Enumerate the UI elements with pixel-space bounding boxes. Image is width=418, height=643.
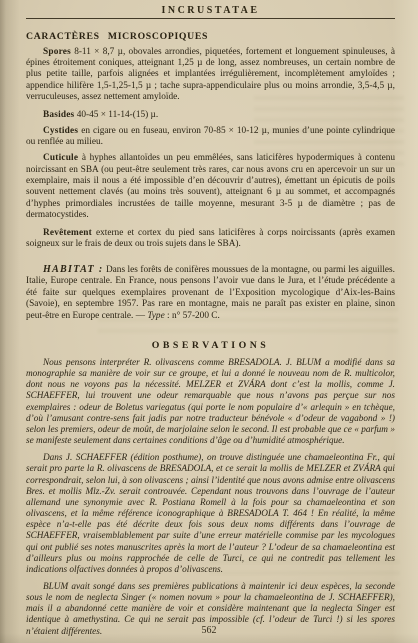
section-heading-observations: OBSERVATIONS bbox=[26, 340, 395, 351]
habitat-type-label: Type bbox=[147, 311, 164, 321]
observations-paragraph-1: Nous pensons interpréter R. olivascens c… bbox=[26, 358, 395, 447]
paragraph-text-cuticule: à hyphes allantoïdes un peu emmêlées, sa… bbox=[26, 153, 395, 220]
paragraph-cystides: Cystides en cigare ou en fuseau, environ… bbox=[26, 126, 395, 149]
paragraph-lead-revetement: Revêtement bbox=[43, 228, 92, 238]
scanned-book-page: INCRUSTATAE CARACTÈRES MICROSCOPIQUES Sp… bbox=[0, 0, 418, 643]
page-content: INCRUSTATAE CARACTÈRES MICROSCOPIQUES Sp… bbox=[0, 0, 418, 638]
paragraph-basides: Basides 40-45 × 11-14-(15) µ. bbox=[26, 110, 395, 121]
paragraph-text-cystides: en cigare ou en fuseau, environ 70-85 × … bbox=[26, 126, 395, 147]
paragraph-lead-basides: Basides bbox=[43, 110, 74, 120]
paragraph-lead-cystides: Cystides bbox=[43, 126, 78, 136]
habitat-lead: HABITAT : bbox=[43, 264, 103, 275]
running-head-title: INCRUSTATAE bbox=[26, 5, 395, 16]
paragraph-spores: Spores 8-11 × 8,7 µ, obovales arrondies,… bbox=[26, 47, 395, 104]
paragraph-lead-spores: Spores bbox=[43, 47, 71, 57]
page-number: 562 bbox=[0, 625, 418, 636]
observations-paragraph-2: Dans J. SCHAEFFER (édition posthume), on… bbox=[26, 453, 395, 576]
habitat-type-number: : n° 57-200 C. bbox=[165, 311, 220, 321]
paragraph-cuticule: Cuticule à hyphes allantoïdes un peu emm… bbox=[26, 153, 395, 222]
paragraph-revetement: Revêtement externe et cortex du pied san… bbox=[26, 228, 395, 251]
paragraph-text-spores: 8-11 × 8,7 µ, obovales arrondies, piquet… bbox=[26, 47, 395, 103]
header-rule bbox=[26, 18, 395, 19]
section-heading-caracteres-microscopiques: CARACTÈRES MICROSCOPIQUES bbox=[26, 31, 395, 42]
paragraph-text-basides: 40-45 × 11-14-(15) µ. bbox=[74, 110, 158, 120]
paragraph-habitat: HABITAT : Dans les forêts de conifères m… bbox=[26, 264, 395, 322]
paragraph-lead-cuticule: Cuticule bbox=[43, 153, 78, 163]
